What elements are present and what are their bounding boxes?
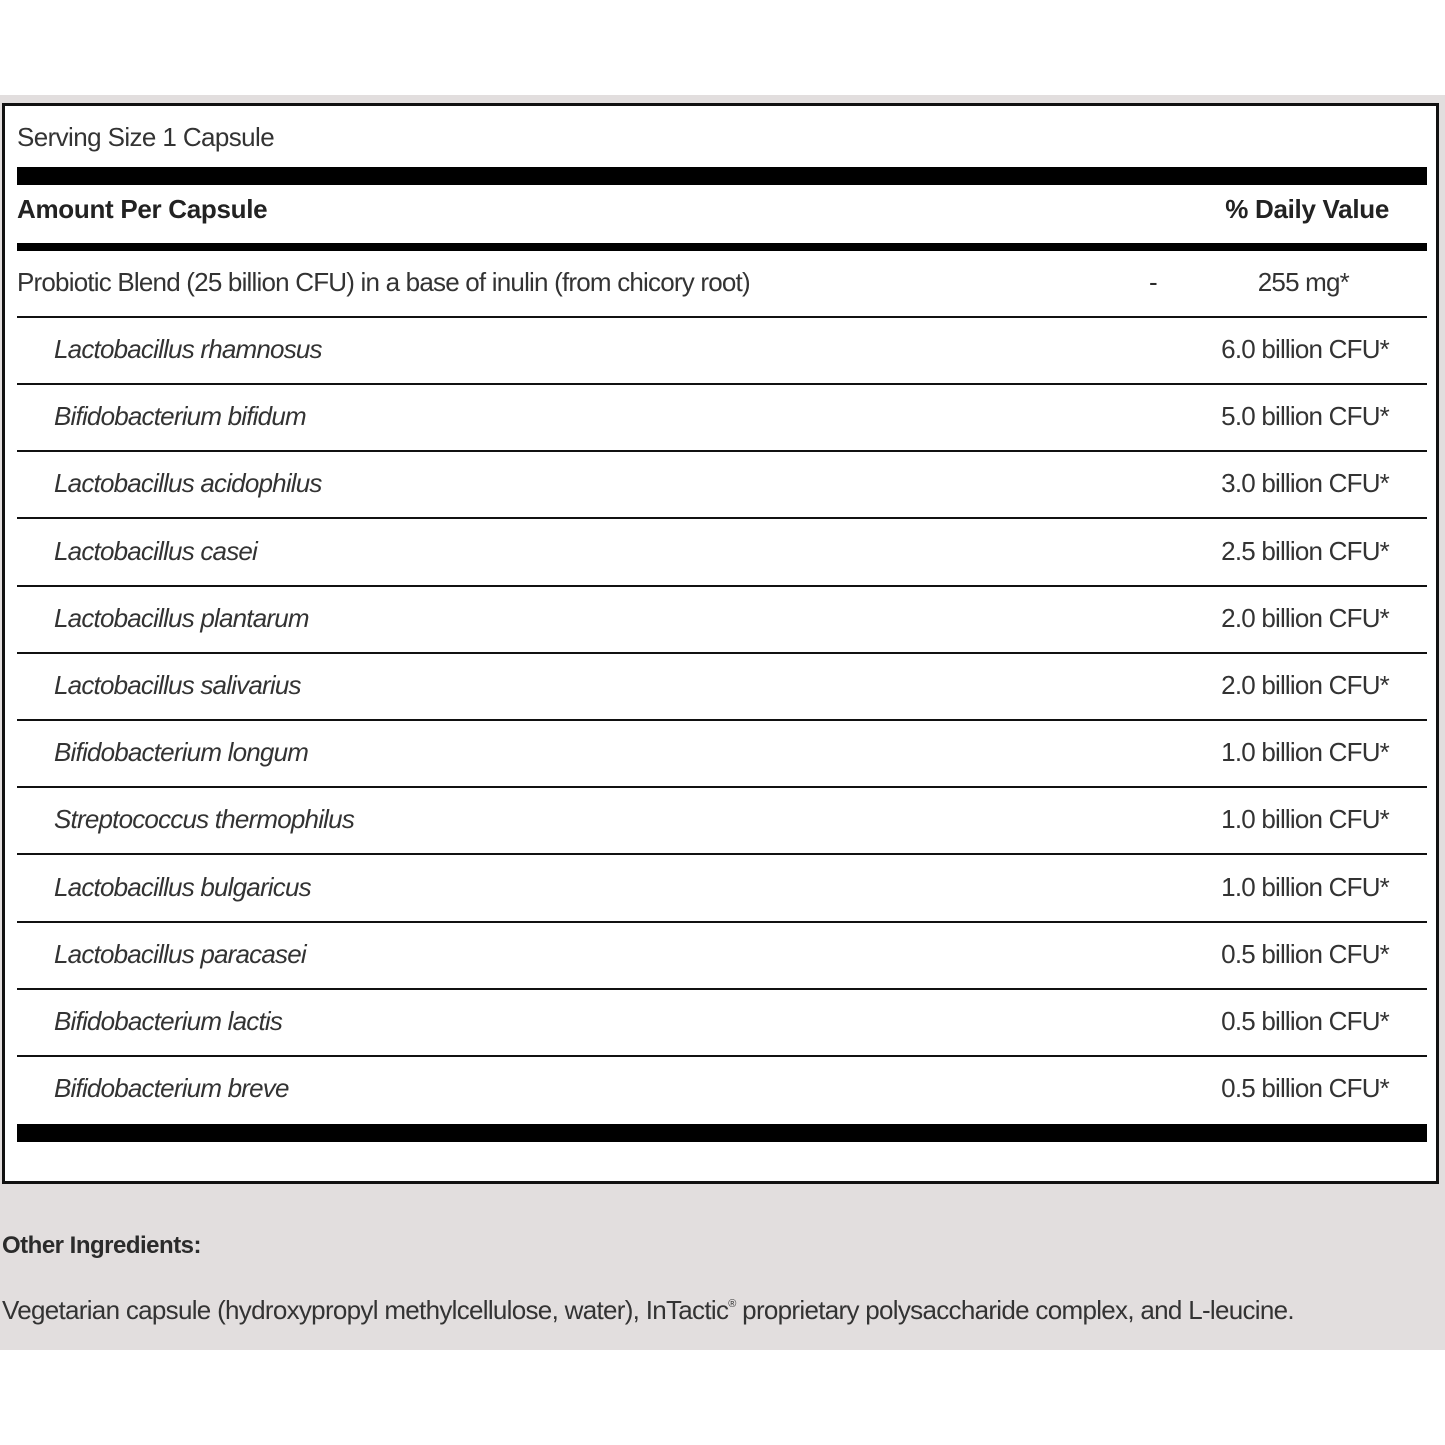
strain-name: Bifidobacterium bifidum (54, 401, 306, 432)
strain-name: Bifidobacterium longum (54, 737, 308, 768)
strain-name: Lactobacillus salivarius (54, 670, 301, 701)
strain-amount: 0.5 billion CFU* (1221, 1006, 1389, 1037)
strain-row: Lactobacillus rhamnosus6.0 billion CFU* (17, 318, 1427, 385)
strain-amount: 3.0 billion CFU* (1221, 468, 1389, 499)
strain-row: Bifidobacterium bifidum5.0 billion CFU* (17, 385, 1427, 452)
strain-name: Lactobacillus paracasei (54, 939, 306, 970)
strain-name: Bifidobacterium breve (54, 1073, 289, 1104)
strain-amount: 0.5 billion CFU* (1221, 939, 1389, 970)
strain-name: Lactobacillus bulgaricus (54, 872, 311, 903)
strain-row: Bifidobacterium breve0.5 billion CFU* (17, 1057, 1427, 1124)
other-ingredients-text-part1: Vegetarian capsule (hydroxypropyl methyl… (2, 1295, 728, 1325)
other-ingredients-text: Vegetarian capsule (hydroxypropyl methyl… (2, 1295, 1294, 1326)
strain-row: Lactobacillus acidophilus3.0 billion CFU… (17, 452, 1427, 519)
strain-name: Lactobacillus plantarum (54, 603, 309, 634)
thick-rule-top (17, 167, 1427, 185)
daily-value-heading: % Daily Value (1225, 194, 1389, 225)
supplement-facts-label: Serving Size 1 Capsule Amount Per Capsul… (2, 103, 1439, 1184)
strain-amount: 1.0 billion CFU* (1221, 872, 1389, 903)
blend-row: Probiotic Blend (25 billion CFU) in a ba… (17, 251, 1427, 318)
strain-row: Lactobacillus paracasei0.5 billion CFU* (17, 923, 1427, 990)
other-ingredients-title: Other Ingredients: (2, 1232, 201, 1260)
strain-row: Bifidobacterium lactis0.5 billion CFU* (17, 990, 1427, 1057)
strain-name: Lactobacillus rhamnosus (54, 334, 322, 365)
amount-per-capsule-heading: Amount Per Capsule (17, 194, 267, 225)
strain-name: Streptococcus thermophilus (54, 804, 354, 835)
strain-amount: 1.0 billion CFU* (1221, 804, 1389, 835)
strain-name: Lactobacillus acidophilus (54, 468, 322, 499)
strain-name: Bifidobacterium lactis (54, 1006, 282, 1037)
strain-amount: 1.0 billion CFU* (1221, 737, 1389, 768)
strain-amount: 2.5 billion CFU* (1221, 536, 1389, 567)
strain-row: Bifidobacterium longum1.0 billion CFU* (17, 721, 1427, 788)
strain-amount: 5.0 billion CFU* (1221, 401, 1389, 432)
blend-amount: 255 mg* (1258, 267, 1349, 298)
strain-amount: 0.5 billion CFU* (1221, 1073, 1389, 1104)
strain-amount: 2.0 billion CFU* (1221, 603, 1389, 634)
registered-mark: ® (728, 1298, 735, 1310)
other-ingredients-text-part2: proprietary polysaccharide complex, and … (736, 1295, 1294, 1325)
blend-daily-value: - (1149, 267, 1158, 298)
strain-name: Lactobacillus casei (54, 536, 257, 567)
thick-rule-bottom (17, 1124, 1427, 1142)
strain-row: Streptococcus thermophilus1.0 billion CF… (17, 788, 1427, 855)
strain-row: Lactobacillus salivarius2.0 billion CFU* (17, 654, 1427, 721)
strain-amount: 6.0 billion CFU* (1221, 334, 1389, 365)
strain-amount: 2.0 billion CFU* (1221, 670, 1389, 701)
strain-row: Lactobacillus casei2.5 billion CFU* (17, 520, 1427, 587)
serving-size: Serving Size 1 Capsule (17, 122, 274, 153)
medium-rule (17, 243, 1427, 251)
strain-row: Lactobacillus bulgaricus1.0 billion CFU* (17, 856, 1427, 923)
strain-row: Lactobacillus plantarum2.0 billion CFU* (17, 587, 1427, 654)
blend-name: Probiotic Blend (25 billion CFU) in a ba… (17, 267, 750, 298)
